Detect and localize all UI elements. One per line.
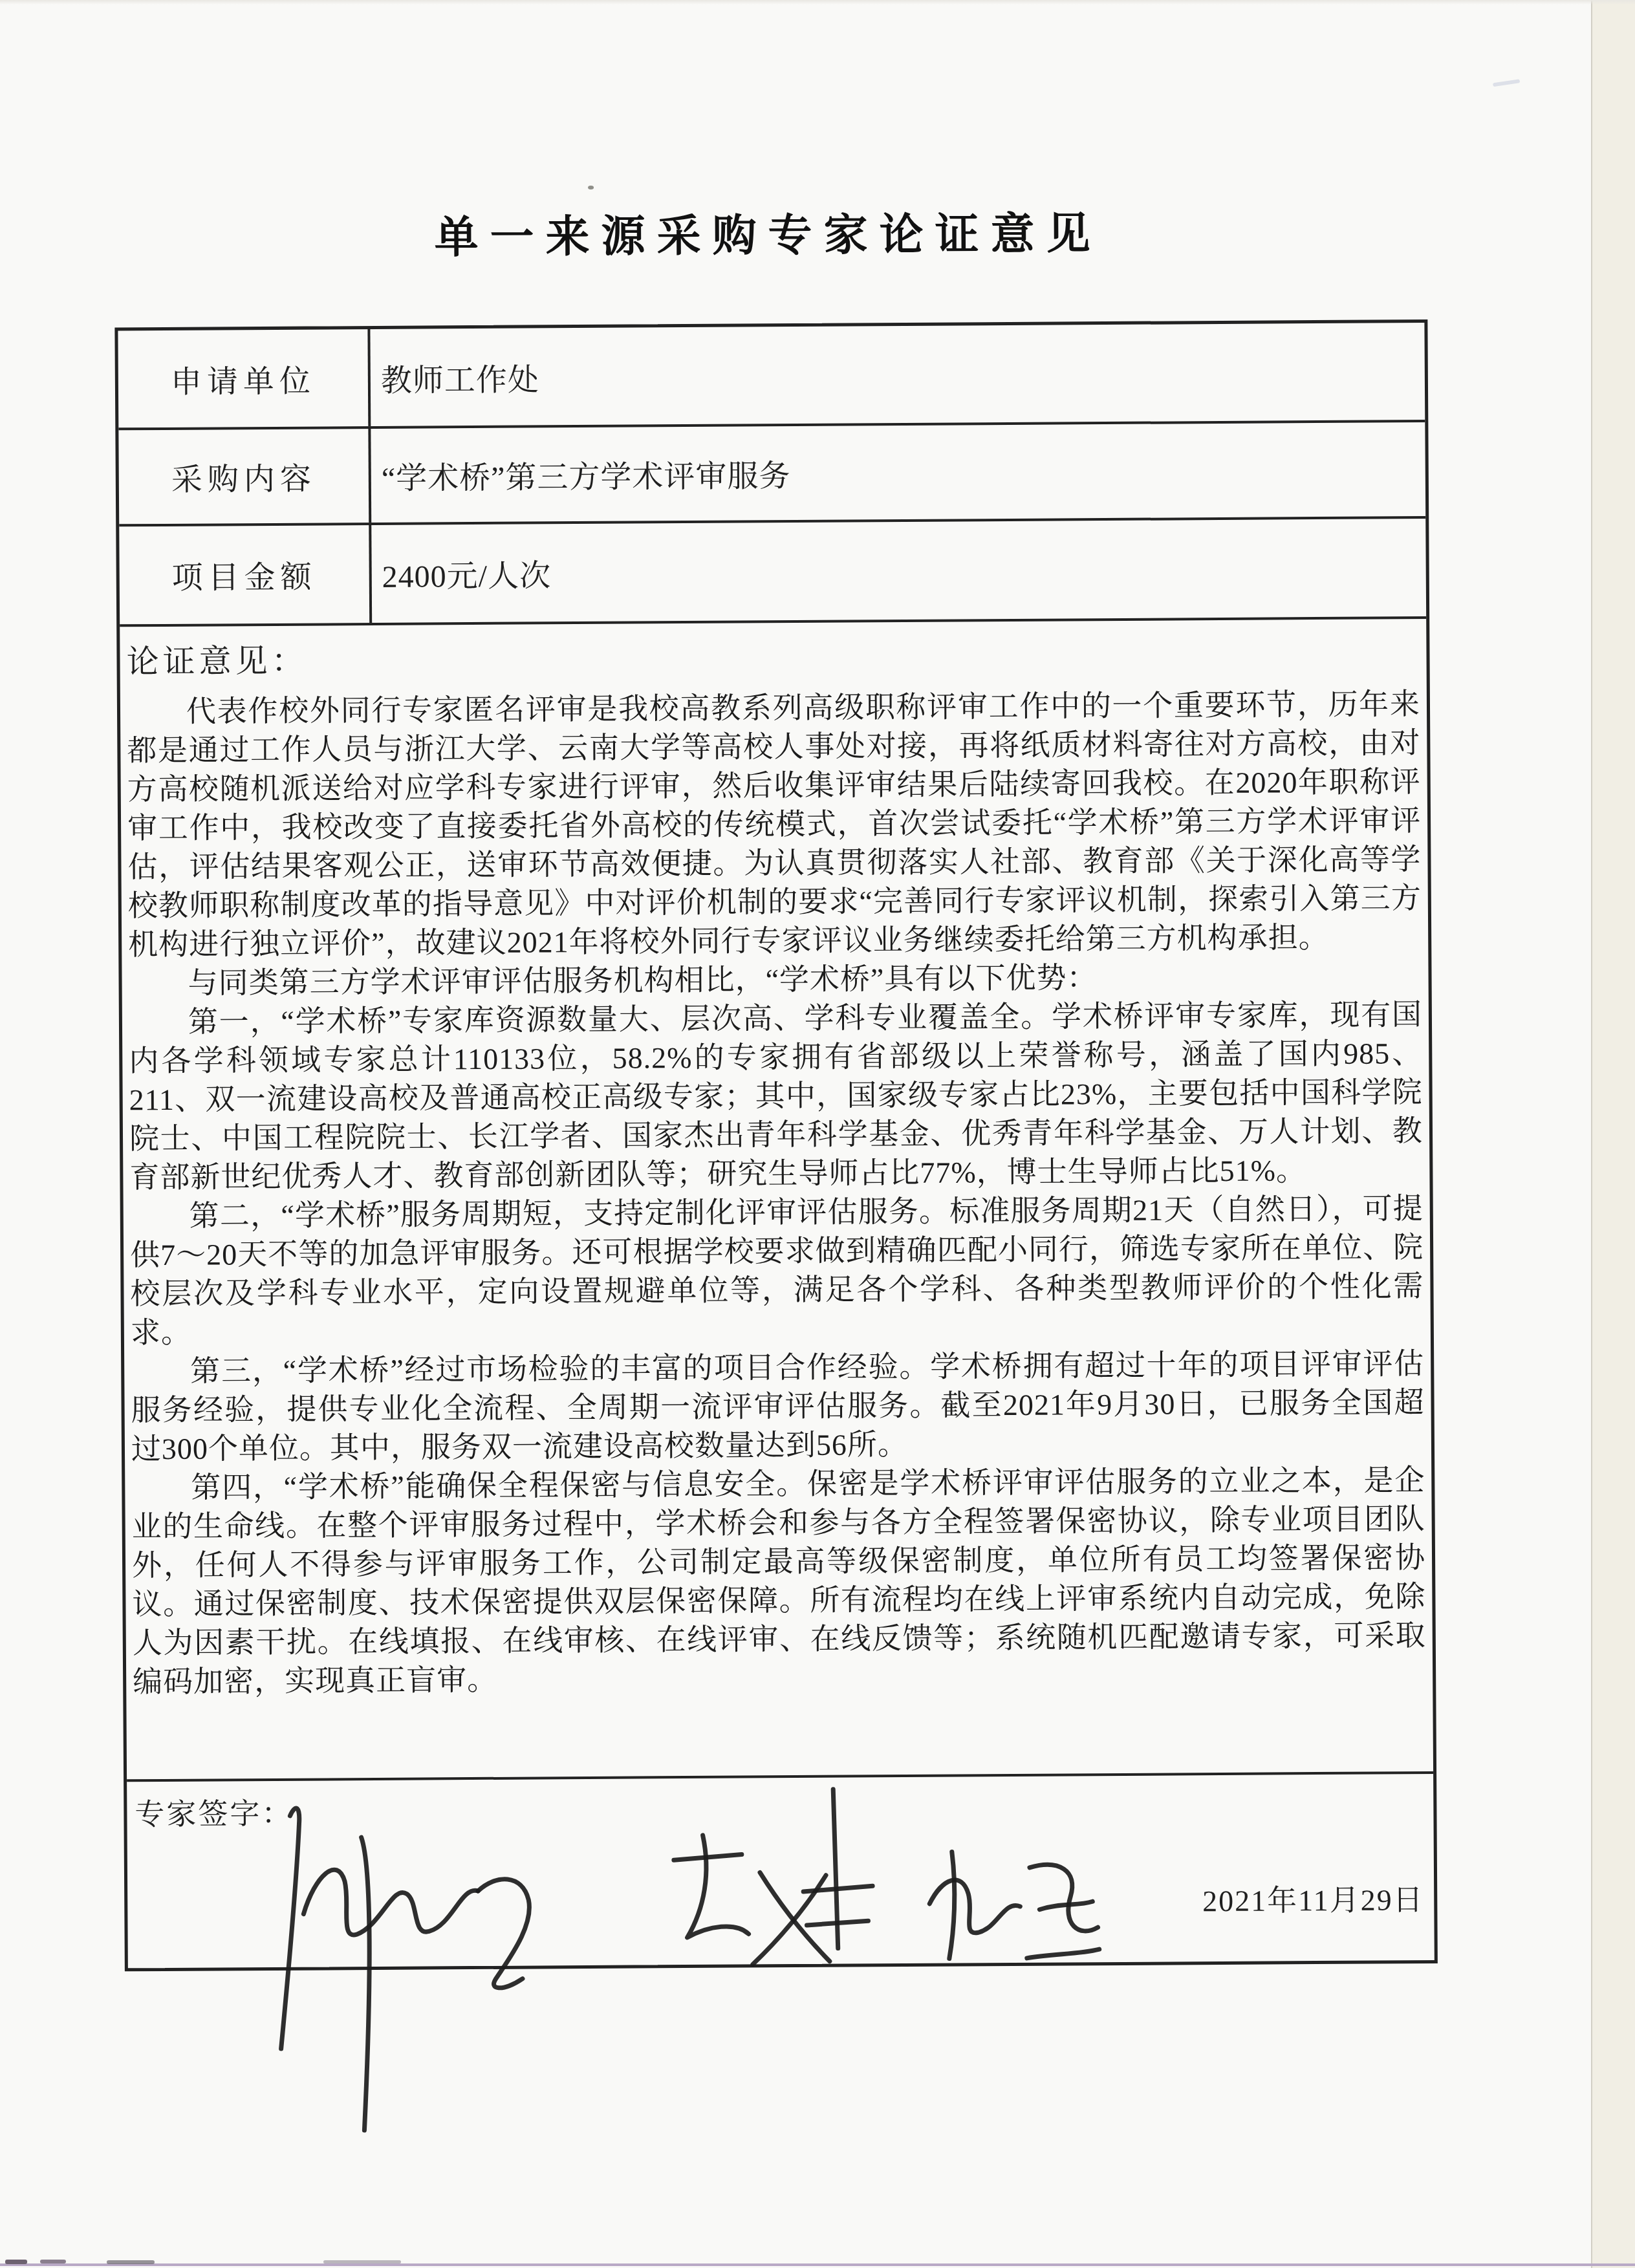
signature-stroke	[303, 1869, 479, 1936]
applicant-unit-label: 申请单位	[118, 329, 371, 427]
signature-stroke	[949, 1852, 955, 1959]
scan-edge-smudge	[5, 2260, 27, 2264]
procurement-content-value: “学术桥”第三方学术评审服务	[371, 422, 1425, 523]
signature-stroke	[929, 1880, 1020, 1934]
document-title: 单一来源采购专家论证意见	[0, 196, 1542, 268]
opinion-paragraph-1: 代表作校外同行专家匿名评审是我校高教系列高级职称评审工作中的一个重要环节，历年来…	[127, 685, 1422, 964]
applicant-unit-value: 教师工作处	[370, 323, 1425, 426]
signature-stroke	[279, 1808, 301, 2049]
signature-stroke	[687, 1835, 749, 1938]
opinion-paragraph-6: 第四，“学术桥”能确保全程保密与信息安全。保密是学术桥评审评估服务的立业之本，是…	[131, 1461, 1426, 1701]
handwritten-signature-2	[673, 1789, 873, 1965]
scan-edge-smudge	[323, 2260, 401, 2263]
signature-date: 2021年11月29日	[1202, 1876, 1424, 1920]
opinion-paragraph-5: 第三，“学术桥”经过市场检验的丰富的项目合作经验。学术桥拥有超过十年的项目评审评…	[131, 1345, 1425, 1469]
handwritten-signature-3	[929, 1851, 1099, 1959]
signature-stroke	[807, 1921, 868, 1925]
scan-edge-smudge	[40, 2260, 66, 2263]
handwritten-signatures	[217, 1773, 1190, 2154]
procurement-content-label: 采购内容	[118, 429, 371, 524]
document-content: 单一来源采购专家论证意见 申请单位 教师工作处 采购内容 “学术桥”第三方学术评…	[0, 0, 1599, 2268]
scan-edge-smudge	[107, 2260, 155, 2264]
opinion-paragraph-3: 第一，“学术桥”专家库资源数量大、层次高、学科专业覆盖全。学术桥评审专家库，现有…	[129, 995, 1424, 1197]
scan-top-edge	[0, 0, 1635, 5]
signature-stroke	[1027, 1949, 1099, 1958]
scan-bottom-edge	[0, 2263, 1635, 2266]
paper-smudge	[1493, 79, 1520, 87]
paper-speck	[588, 186, 594, 189]
signature-stroke	[478, 1879, 530, 1989]
table-row-applicant: 申请单位 教师工作处	[118, 323, 1425, 430]
scanned-document-page: 单一来源采购专家论证意见 申请单位 教师工作处 采购内容 “学术桥”第三方学术评…	[0, 0, 1635, 2268]
signature-stroke	[362, 1837, 371, 2130]
signature-stroke	[1039, 1901, 1092, 1910]
handwritten-signature-1	[279, 1807, 530, 2131]
signature-stroke	[803, 1886, 872, 1892]
project-amount-value: 2400元/人次	[371, 519, 1426, 623]
opinion-paragraph-4: 第二，“学术桥”服务周期短，支持定制化评审评估服务。标准服务周期21天（自然日）…	[130, 1189, 1424, 1352]
scanner-edge-strip	[1591, 0, 1635, 2268]
procurement-form-table: 申请单位 教师工作处 采购内容 “学术桥”第三方学术评审服务 项目金额 2400…	[114, 319, 1437, 1971]
signature-stroke	[1030, 1864, 1098, 1931]
table-row-project-amount: 项目金额 2400元/人次	[119, 519, 1426, 627]
table-row-procurement-content: 采购内容 “学术桥”第三方学术评审服务	[118, 422, 1425, 526]
opinion-section: 论证意见： 代表作校外同行专家匿名评审是我校高教系列高级职称评审工作中的一个重要…	[120, 619, 1433, 1782]
project-amount-label: 项目金额	[119, 525, 372, 624]
opinion-heading: 论证意见：	[126, 628, 1420, 682]
